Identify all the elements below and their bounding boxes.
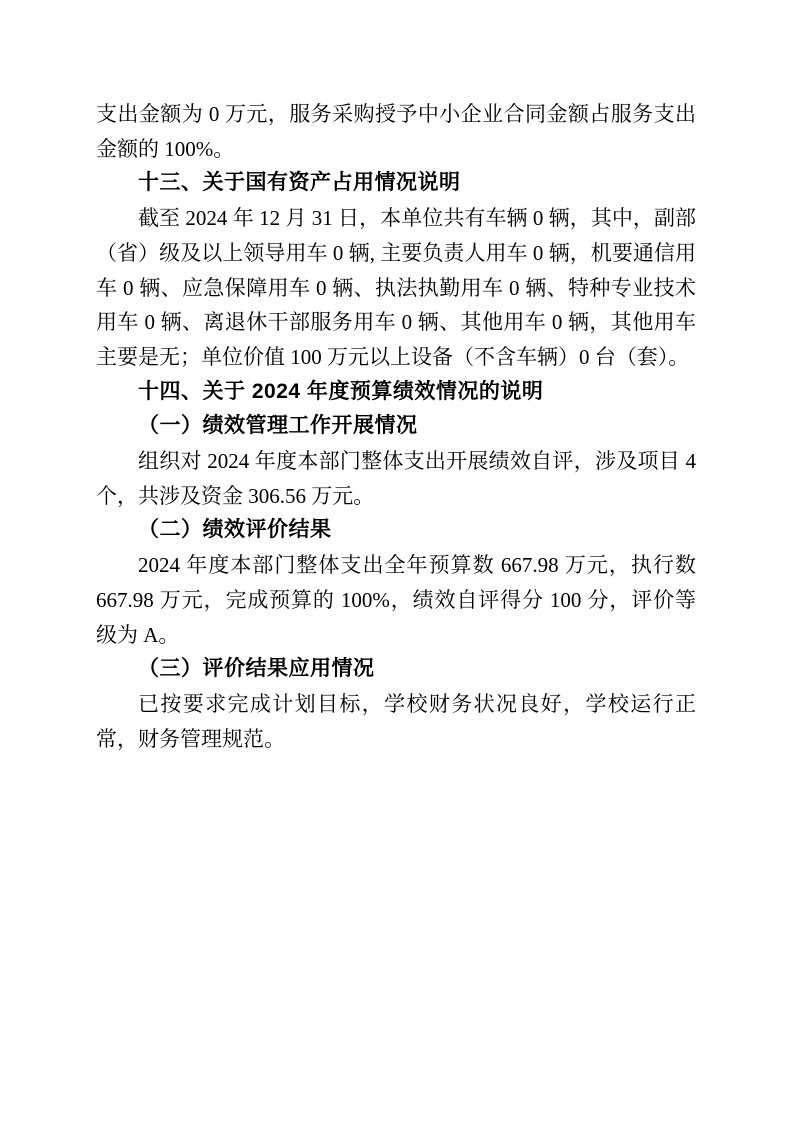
section-heading-14-budget-performance: 十四、关于 2024 年度预算绩效情况的说明 xyxy=(96,375,696,410)
paragraph-vehicles-equipment: 截至 2024 年 12 月 31 日，本单位共有车辆 0 辆，其中，副部（省）… xyxy=(96,201,696,375)
page-content: 支出金额为 0 万元，服务采购授予中小企业合同金额占服务支出金额的 100%。 … xyxy=(96,97,696,756)
paragraph-result-application: 已按要求完成计划目标，学校财务状况良好，学校运行正常，财务管理规范。 xyxy=(96,687,696,756)
subsection-heading-1-performance-management: （一）绩效管理工作开展情况 xyxy=(96,409,696,444)
document-page: 支出金额为 0 万元，服务采购授予中小企业合同金额占服务支出金额的 100%。 … xyxy=(0,0,793,1122)
paragraph-self-evaluation: 组织对 2024 年度本部门整体支出开展绩效自评，涉及项目 4 个，共涉及资金 … xyxy=(96,444,696,513)
subsection-heading-2-evaluation-results: （二）绩效评价结果 xyxy=(96,513,696,548)
subsection-heading-3-result-application: （三）评价结果应用情况 xyxy=(96,652,696,687)
paragraph-procurement-continuation: 支出金额为 0 万元，服务采购授予中小企业合同金额占服务支出金额的 100%。 xyxy=(96,97,696,166)
paragraph-budget-execution: 2024 年度本部门整体支出全年预算数 667.98 万元，执行数 667.98… xyxy=(96,548,696,652)
section-heading-13-state-assets: 十三、关于国有资产占用情况说明 xyxy=(96,166,696,201)
